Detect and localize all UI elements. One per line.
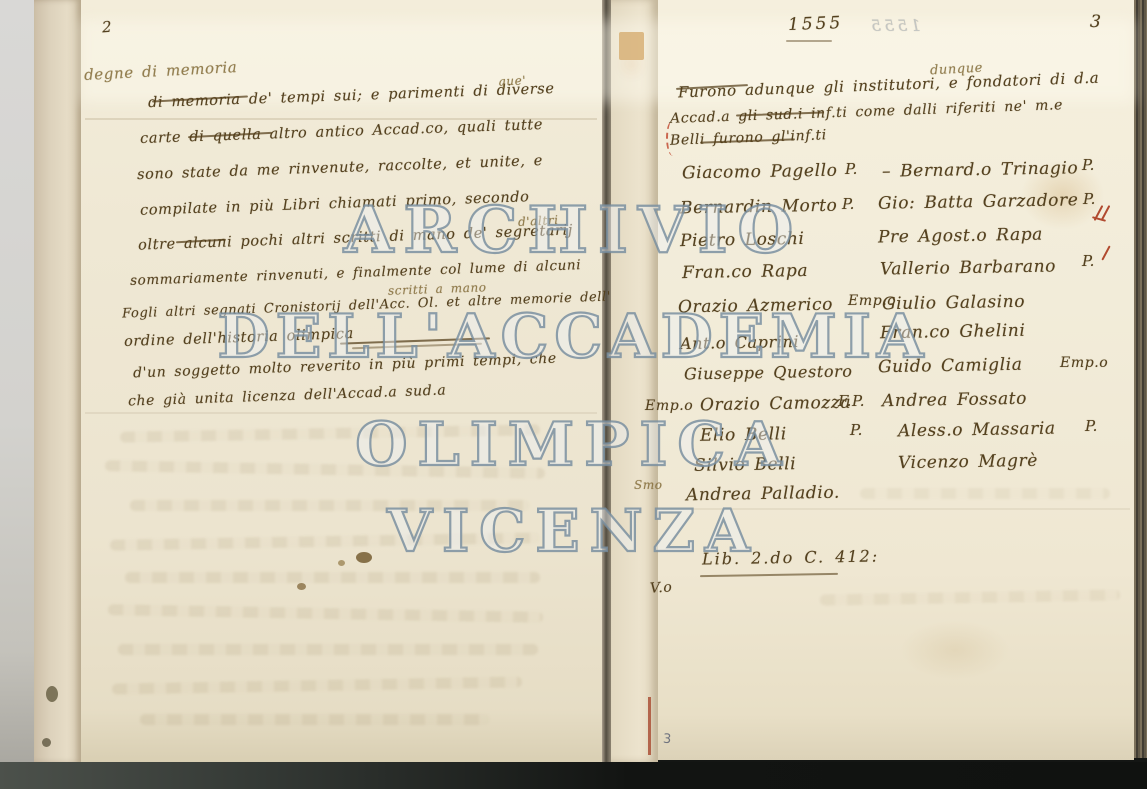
founder-mark: P. xyxy=(845,160,858,178)
founder-name: Pietro Loschi xyxy=(680,229,805,251)
scanner-background-strip xyxy=(0,0,34,766)
interlinear-note: que' xyxy=(498,73,527,88)
founder-mark: P. xyxy=(1085,417,1098,435)
founder-mark: P. xyxy=(842,195,855,213)
founder-name: Giulio Galasino xyxy=(882,292,1025,314)
founder-name: Aless.o Massaria xyxy=(898,419,1056,442)
founder-name: Andrea Fossato xyxy=(882,389,1027,412)
repair-patch xyxy=(619,32,644,60)
founder-mark: Emp.o xyxy=(1060,355,1108,371)
founder-name: Silvio Belli xyxy=(694,454,797,476)
parchment-cover-edge xyxy=(34,0,81,763)
founder-name: Andrea Palladio. xyxy=(686,483,840,506)
founder-name: Giuseppe Questoro xyxy=(684,362,853,384)
interlinear-note: d'altri xyxy=(518,213,559,229)
founder-mark: P. xyxy=(850,421,863,439)
founder-name: Ant.o Caprini xyxy=(680,332,799,353)
founder-name: Orazio Camozza xyxy=(700,393,852,416)
founder-name: Vallerio Barbarano xyxy=(880,256,1056,279)
founder-mark: F.P. xyxy=(838,392,865,410)
founder-name: – Bernard.o Trinagio xyxy=(882,158,1079,181)
year-heading: 1555 xyxy=(788,13,844,35)
reference-sub: V.o xyxy=(649,579,672,597)
founder-mark: P. xyxy=(1083,190,1096,208)
scanner-bed-shadow xyxy=(0,762,1147,789)
manuscript-scan: 2 degne di memoria di memoria de' tempi … xyxy=(0,0,1147,789)
margin-fragment: Smo xyxy=(634,478,663,492)
founder-name: Pre Agost.o Rapa xyxy=(878,225,1043,248)
red-streak xyxy=(648,697,651,755)
founder-name: Elio Belli xyxy=(700,424,787,446)
founder-name: Fran.co Ghelini xyxy=(880,321,1026,344)
founder-name: Vicenzo Magrè xyxy=(898,451,1038,473)
binding-stub xyxy=(611,0,658,762)
left-page-number: 2 xyxy=(101,18,112,37)
reference-note: Lib. 2.do C. 412: xyxy=(702,546,879,568)
pencil-folio-number: 3 xyxy=(662,732,672,748)
founder-name: Gio: Batta Garzadore xyxy=(878,190,1079,213)
founder-mark: P. xyxy=(1082,252,1095,270)
founder-name: Fran.co Rapa xyxy=(682,261,808,283)
left-page xyxy=(81,0,602,762)
founder-name: Giacomo Pagello xyxy=(682,161,838,184)
page-block-edge xyxy=(1134,0,1147,758)
year-underline xyxy=(786,40,832,42)
founder-name: Bernardin Morto xyxy=(680,196,838,219)
founder-mark: P. xyxy=(1082,156,1095,174)
right-page-number: 3 xyxy=(1089,12,1101,33)
binding-gutter xyxy=(602,0,611,762)
year-bleedthrough: 1555 xyxy=(868,16,921,35)
founder-name: Guido Camiglia xyxy=(878,355,1023,378)
founder-prefix: Emp.o xyxy=(645,398,693,414)
founder-name: Orazio Azmerico xyxy=(678,295,833,318)
